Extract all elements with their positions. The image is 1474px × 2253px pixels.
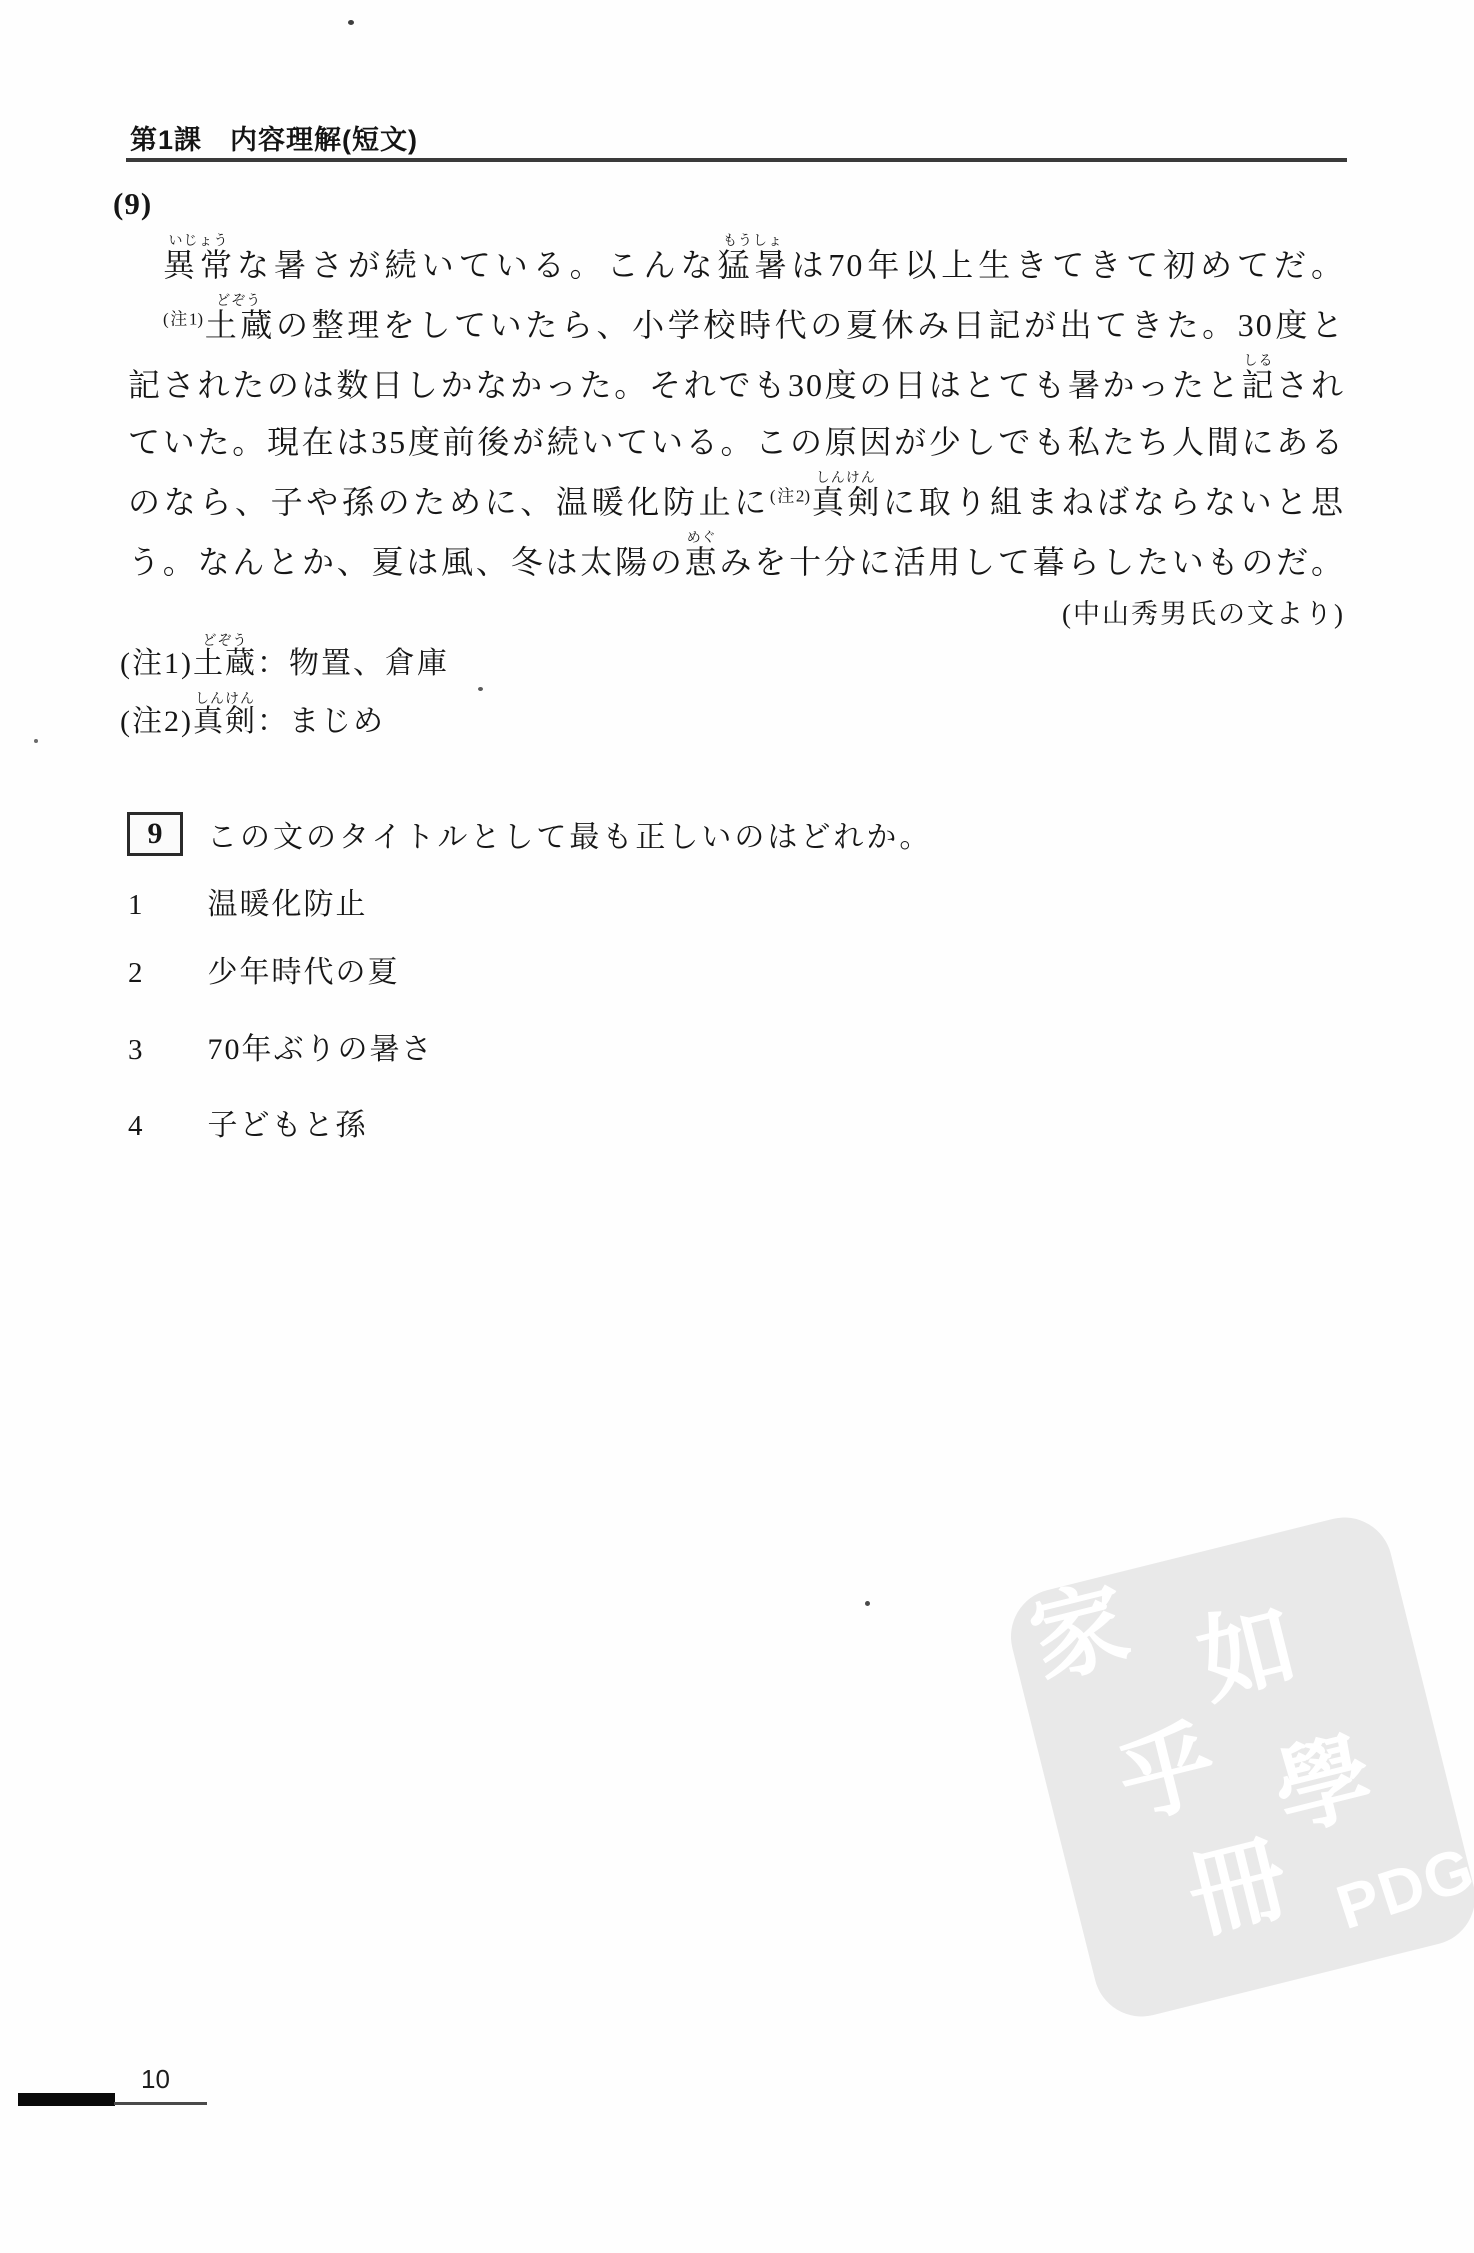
option-number: 4 (128, 1110, 168, 1143)
option-text: 70年ぶりの暑さ (208, 1033, 434, 1066)
option-text: 少年時代の夏 (208, 956, 400, 989)
page-number: 10 (141, 2064, 170, 2095)
answer-option: 4 子どもと孫 (128, 1100, 368, 1144)
question-number-box: 9 (127, 812, 183, 856)
passage-line: 異常いじょうな暑さが続いている。こんな猛暑もうしょは70年以上生きてきて初めてだ… (128, 234, 1345, 294)
header-rule (126, 158, 1347, 162)
textbook-page: 第1課 内容理解(短文) (9) 異常いじょうな暑さが続いている。こんな猛暑もう… (0, 0, 1474, 2253)
answer-option: 3 70年ぶりの暑さ (128, 1024, 434, 1068)
option-number: 1 (128, 889, 168, 922)
option-text: 温暖化防止 (208, 888, 368, 921)
reading-passage: 異常いじょうな暑さが続いている。こんな猛暑もうしょは70年以上生きてきて初めてだ… (128, 234, 1345, 591)
option-number: 2 (128, 957, 168, 990)
passage-line: (注1)土蔵どぞうの整理をしていたら、小学校時代の夏休み日記が出てきた。30度と (128, 294, 1345, 354)
footer-line (114, 2102, 207, 2105)
answer-option: 1 温暖化防止 (128, 879, 368, 923)
lesson-header: 第1課 内容理解(短文) (130, 118, 418, 157)
passage-line: 記されたのは数日しかなかった。それでも30度の日はとても暑かったと記しるされ (128, 354, 1345, 414)
passage-attribution: (中山秀男氏の文より) (1062, 592, 1345, 631)
passage-number-label: (9) (113, 186, 152, 222)
option-text: 子どもと孫 (208, 1109, 368, 1142)
scan-speck (348, 20, 354, 25)
answer-option: 2 少年時代の夏 (128, 947, 400, 991)
option-number: 3 (128, 1034, 168, 1067)
vocabulary-notes: (注1)土蔵どぞう：物置、倉庫 (注2)真剣しんけん：まじめ (120, 634, 449, 750)
scan-speck (34, 739, 38, 743)
scan-speck (865, 1601, 870, 1606)
note-line: (注2)真剣しんけん：まじめ (120, 692, 449, 750)
footer-bar (18, 2093, 115, 2106)
scan-speck (478, 687, 483, 691)
question-row: 9 この文のタイトルとして最も正しいのはどれか。 (127, 812, 932, 856)
passage-line: う。なんとか、夏は風、冬は太陽の恵めぐみを十分に活用して暮らしたいものだ。 (128, 531, 1345, 591)
passage-line: ていた。現在は35度前後が続いている。この原因が少しでも私たち人間にある (128, 414, 1345, 471)
note-line: (注1)土蔵どぞう：物置、倉庫 (120, 634, 449, 692)
question-text: この文のタイトルとして最も正しいのはどれか。 (207, 821, 932, 854)
passage-line: のなら、子や孫のために、温暖化防止に(注2)真剣しんけんに取り組まねばならないと… (128, 471, 1345, 531)
